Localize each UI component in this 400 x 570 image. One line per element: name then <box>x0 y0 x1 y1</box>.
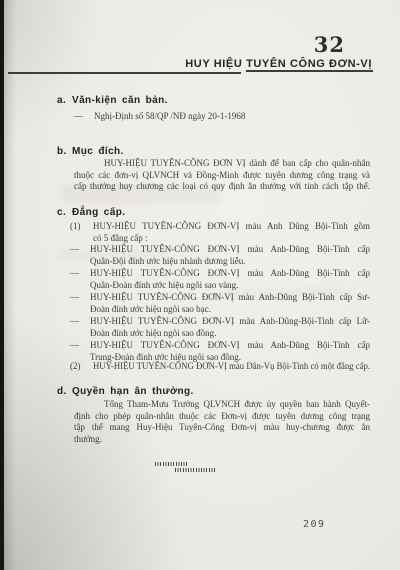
section-a-heading: a.Văn-kiện căn bản. <box>57 95 168 106</box>
item-line: Đoàn đính ước hiệu ngôi sao đồng. <box>90 328 370 340</box>
item-line: Đoàn đính ước hiệu ngôi sao bạc. <box>90 304 370 316</box>
item-line: HUY-HIỆU TUYÊN-CÔNG ĐƠN-VỊ màu Anh-Dũng … <box>90 292 370 304</box>
item-number: (2) <box>70 361 93 373</box>
numbered-item-1: (1) HUY-HIỆU TUYÊN-CÔNG ĐƠN-VỊ màu Anh D… <box>70 221 370 244</box>
section-a-title: Văn-kiện căn bản. <box>72 95 168 106</box>
chapter-title: HUY HIỆU TUYÊN CÔNG ĐƠN-VỊ <box>185 58 372 70</box>
section-c-title: Đẳng cấp. <box>72 207 125 218</box>
section-b-label: b. <box>57 146 72 157</box>
paragraph-line: thưởng. <box>74 434 370 446</box>
paragraph-line: HUY-HIỆU TUYÊN-CÔNG ĐƠN VỊ dành để ban c… <box>74 158 370 170</box>
section-d-label: d. <box>57 386 72 397</box>
dash-marker: — <box>70 340 90 363</box>
end-ornament-hatch <box>175 468 215 472</box>
header-rule-right <box>246 70 373 72</box>
dash-marker: — <box>70 244 90 267</box>
item-number: (1) <box>70 221 93 244</box>
decree-reference: Nghị-Định số 58/QP /NĐ ngày 20-1-1968 <box>94 111 370 123</box>
header-rule-left <box>8 72 241 74</box>
document-page: 32 HUY HIỆU TUYÊN CÔNG ĐƠN-VỊ a.Văn-kiện… <box>0 0 400 570</box>
item-line: HUY-HIỆU TUYÊN-CÔNG ĐƠN-VỊ màu Anh-Dũng … <box>90 340 370 352</box>
page-number: 209 <box>303 519 326 530</box>
list-item: — HUY-HIỆU TUYÊN-CÔNG ĐƠN-VỊ màu Anh-Dũn… <box>70 244 370 267</box>
list-item: — HUY-HIỆU TUYÊN-CÔNG ĐƠN-VỊ màu Anh-Dũn… <box>70 340 370 363</box>
dash-marker: — <box>70 268 90 291</box>
paragraph-line: Tổng Tham-Mưu Trưởng QLVNCH được ủy quyề… <box>74 399 370 411</box>
section-d-title: Quyền hạn ân thưởng. <box>72 386 194 397</box>
dash-marker: — <box>70 316 90 339</box>
section-c-heading: c.Đẳng cấp. <box>57 207 125 218</box>
paragraph-line: thuộc các đơn-vị QLVNCH và Đồng-Minh đượ… <box>74 170 370 182</box>
item-line: HUY-HIỆU TUYÊN-CÔNG ĐƠN-VỊ màu Anh-Dũng-… <box>90 316 370 328</box>
paragraph-line: tập thể mang Huy-Hiệu Tuyên-Công Đơn-vị … <box>74 422 370 434</box>
item-line: Quân-Đội đính ước hiệu nhành dương liễu. <box>90 256 370 268</box>
section-d-paragraph: Tổng Tham-Mưu Trưởng QLVNCH được ủy quyề… <box>74 399 370 445</box>
section-b-heading: b.Mục đích. <box>57 146 124 157</box>
list-item: — HUY-HIỆU TUYÊN-CÔNG ĐƠN-VỊ màu Anh-Dũn… <box>70 292 370 315</box>
list-item: — HUY-HIỆU TUYÊN-CÔNG ĐƠN-VỊ màu Anh-Dũn… <box>70 316 370 339</box>
section-b-title: Mục đích. <box>72 146 124 157</box>
item-line: HUY-HIỆU TUYÊN-CÔNG ĐƠN-VỊ màu Anh-Dũng … <box>90 268 370 280</box>
item-line: có 5 đẳng cấp : <box>93 233 370 245</box>
chapter-number: 32 <box>314 33 345 56</box>
item-line: HUY-HIỆU TUYÊN-CÔNG ĐƠN-VỊ màu Dân-Vụ Bộ… <box>93 361 370 373</box>
list-item: — HUY-HIỆU TUYÊN-CÔNG ĐƠN-VỊ màu Anh-Dũn… <box>70 268 370 291</box>
item-line: HUY-HIỆU TUYÊN-CÔNG ĐƠN-VỊ màu Anh Dũng … <box>93 221 370 233</box>
section-a-label: a. <box>57 95 72 106</box>
item-line: HUY-HIỆU TUYÊN-CÔNG ĐƠN-VỊ màu Anh-Dũng … <box>90 244 370 256</box>
scan-edge <box>0 0 4 570</box>
section-d-heading: d.Quyền hạn ân thưởng. <box>57 386 194 397</box>
section-c-label: c. <box>57 207 72 218</box>
paragraph-line: định cho phép quân-nhân thuộc các Đơn-vị… <box>74 411 370 423</box>
numbered-item-2: (2) HUY-HIỆU TUYÊN-CÔNG ĐƠN-VỊ màu Dân-V… <box>70 361 370 373</box>
dash-marker: — <box>70 292 90 315</box>
section-a-item: — Nghị-Định số 58/QP /NĐ ngày 20-1-1968 <box>74 111 370 123</box>
badge-grade-list: — HUY-HIỆU TUYÊN-CÔNG ĐƠN-VỊ màu Anh-Dũn… <box>70 244 370 364</box>
section-b-paragraph: HUY-HIỆU TUYÊN-CÔNG ĐƠN VỊ dành để ban c… <box>74 158 370 193</box>
end-ornament-hatch <box>155 462 188 466</box>
paragraph-line: cấp thưởng huy chương các loại có quy đị… <box>74 181 370 193</box>
dash-marker: — <box>74 111 94 123</box>
item-line: Quân-Đoàn đính ước hiệu ngôi sao vàng. <box>90 280 370 292</box>
